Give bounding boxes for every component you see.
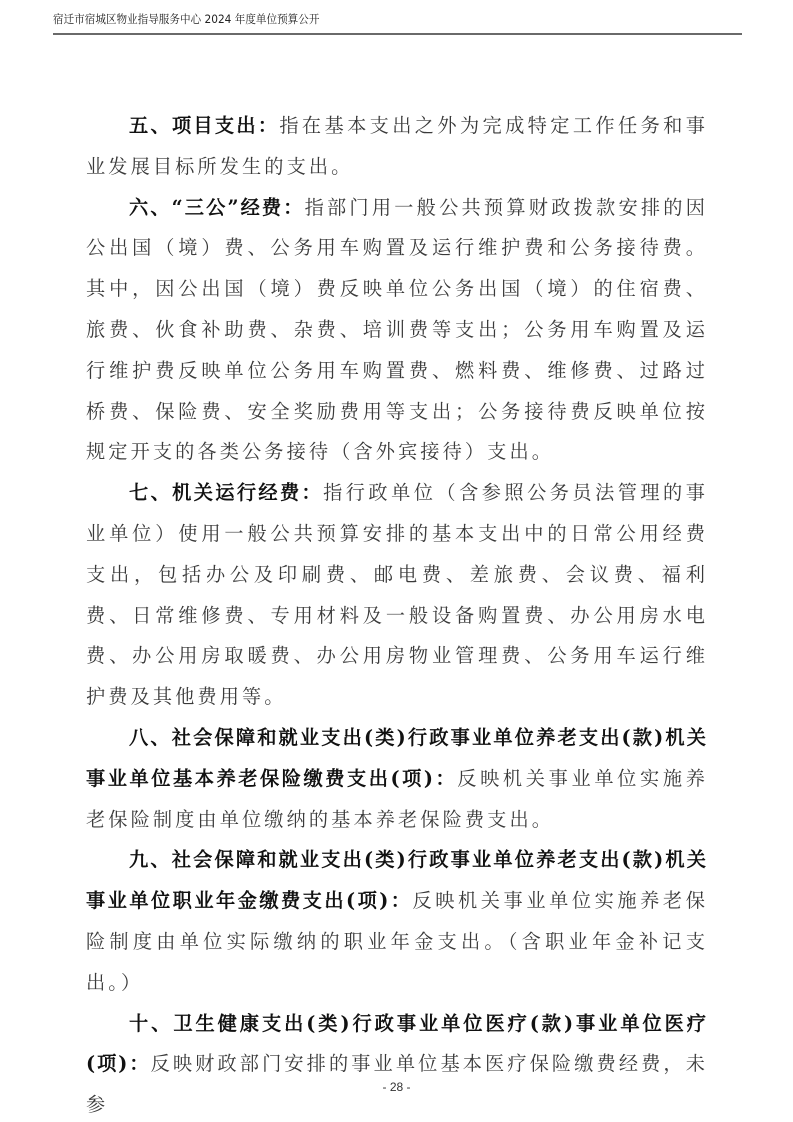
page-number: - 28 - bbox=[0, 1080, 793, 1094]
term-definition: 指部门用一般公共预算财政拨款安排的因公出国（境）费、公务用车购置及运行维护费和公… bbox=[86, 196, 708, 464]
term-heading: 五、项目支出： bbox=[129, 114, 279, 137]
term-heading: 七、机关运行经费： bbox=[129, 481, 323, 504]
paragraph-basic-pension: 八、社会保障和就业支出(类)行政事业单位养老支出(款)机关事业单位基本养老保险缴… bbox=[86, 718, 708, 840]
paragraph-project-expenditure: 五、项目支出：指在基本支出之外为完成特定工作任务和事业发展目标所发生的支出。 bbox=[86, 106, 708, 188]
document-title: 宿迁市宿城区物业指导服务中心 2024 年度单位预算公开 bbox=[53, 10, 687, 28]
header-divider bbox=[53, 33, 742, 35]
paragraph-medical-insurance: 十、卫生健康支出(类)行政事业单位医疗(款)事业单位医疗(项)：反映财政部门安排… bbox=[86, 1004, 708, 1122]
paragraph-occupational-annuity: 九、社会保障和就业支出(类)行政事业单位养老支出(款)机关事业单位职业年金缴费支… bbox=[86, 840, 708, 1003]
paragraph-operating-funds: 七、机关运行经费：指行政单位（含参照公务员法管理的事业单位）使用一般公共预算安排… bbox=[86, 473, 708, 718]
term-heading: 六、“三公”经费： bbox=[129, 196, 305, 219]
term-definition: 指行政单位（含参照公务员法管理的事业单位）使用一般公共预算安排的基本支出中的日常… bbox=[86, 481, 708, 708]
paragraph-three-public-funds: 六、“三公”经费：指部门用一般公共预算财政拨款安排的因公出国（境）费、公务用车购… bbox=[86, 188, 708, 474]
document-body: 五、项目支出：指在基本支出之外为完成特定工作任务和事业发展目标所发生的支出。 六… bbox=[86, 106, 708, 1122]
page-header: 宿迁市宿城区物业指导服务中心 2024 年度单位预算公开 bbox=[53, 10, 742, 35]
